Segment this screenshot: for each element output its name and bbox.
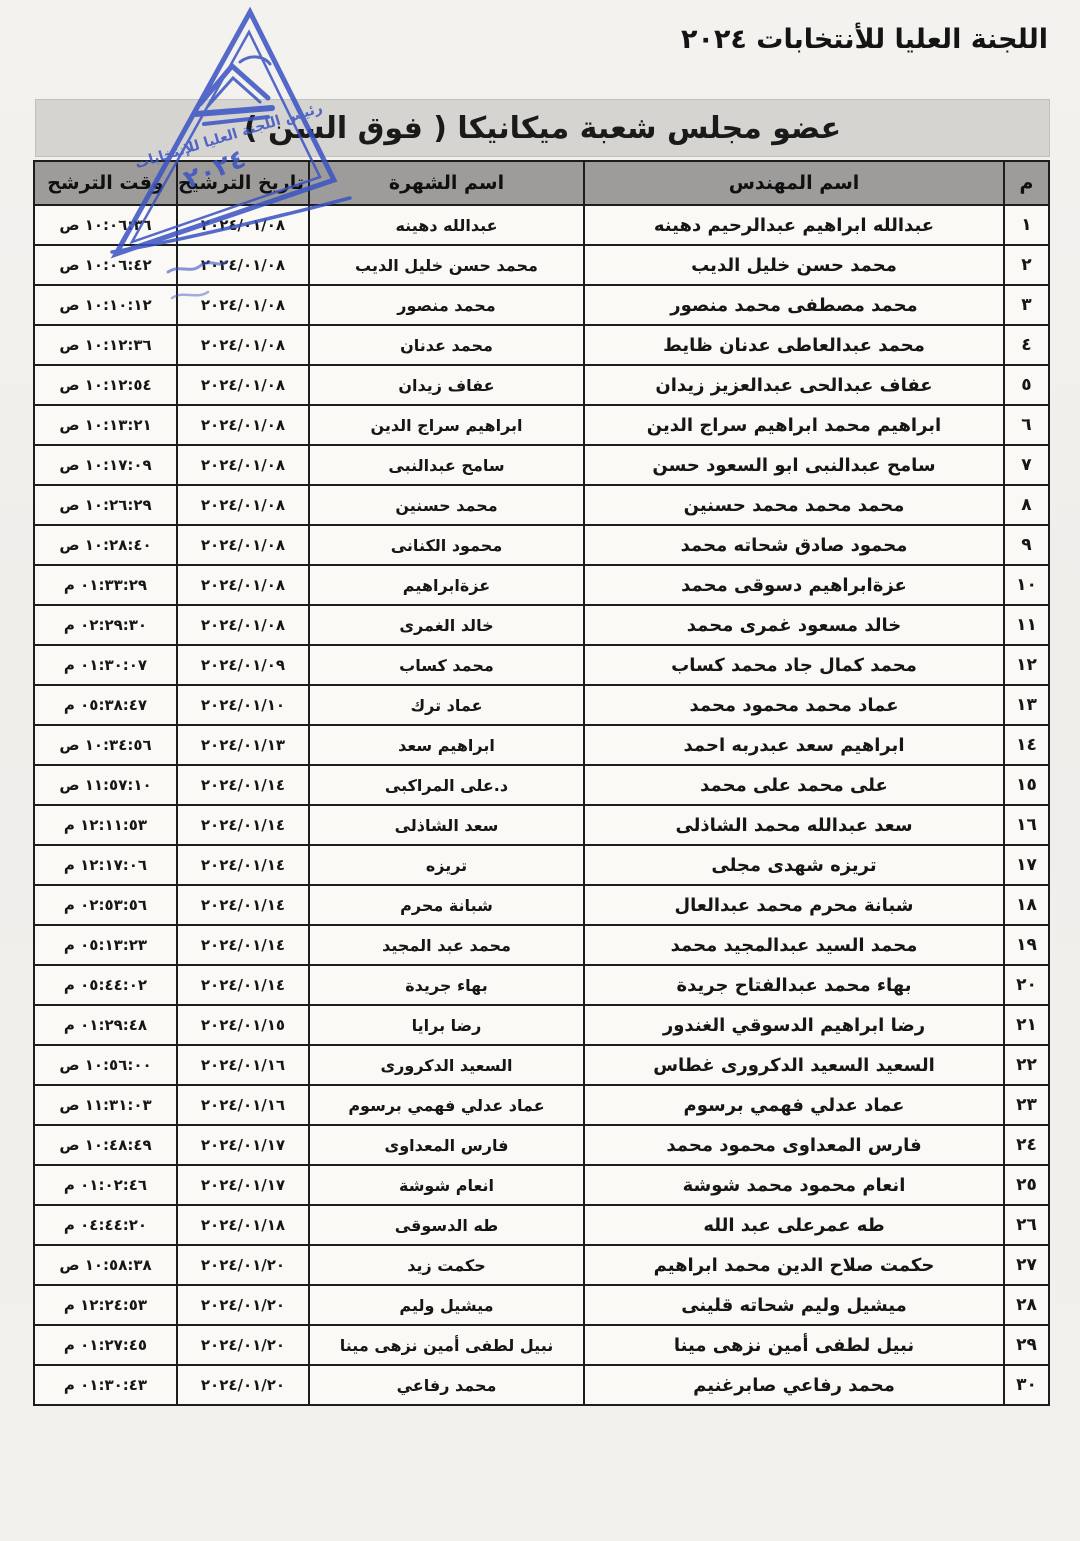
cell-alias-name: طه الدسوقى [309, 1205, 584, 1245]
cell-alias-name: سامح عبدالنبى [309, 445, 584, 485]
cell-engineer-name: ميشيل وليم شحاته قلينى [584, 1285, 1004, 1325]
table-row: ١٦ سعد عبدالله محمد الشاذلى سعد الشاذلى … [34, 805, 1049, 845]
cell-nomination-date: ٢٠٢٤/٠١/١٤ [177, 765, 309, 805]
table-body: ١ عبدالله ابراهيم عبدالرحيم دهينه عبدالل… [34, 205, 1049, 1405]
table-row: ١٧ تريزه شهدى مجلى تريزه ٢٠٢٤/٠١/١٤ ١٢:١… [34, 845, 1049, 885]
cell-engineer-name: محمد مصطفى محمد منصور [584, 285, 1004, 325]
cell-row-number: ٢٤ [1004, 1125, 1049, 1165]
cell-engineer-name: محمد رفاعي صابرغنيم [584, 1365, 1004, 1405]
cell-nomination-time: ٠٤:٤٤:٢٠ م [34, 1205, 177, 1245]
cell-nomination-time: ١٠:٣٤:٥٦ ص [34, 725, 177, 765]
cell-nomination-time: ٠٥:٣٨:٤٧ م [34, 685, 177, 725]
cell-row-number: ٢٠ [1004, 965, 1049, 1005]
cell-alias-name: السعيد الدكرورى [309, 1045, 584, 1085]
table-row: ٢٦ طه عمرعلى عبد الله طه الدسوقى ٢٠٢٤/٠١… [34, 1205, 1049, 1245]
cell-nomination-date: ٢٠٢٤/٠١/٢٠ [177, 1365, 309, 1405]
cell-engineer-name: عبدالله ابراهيم عبدالرحيم دهينه [584, 205, 1004, 245]
cell-nomination-date: ٢٠٢٤/٠١/٠٨ [177, 525, 309, 565]
cell-row-number: ٢٨ [1004, 1285, 1049, 1325]
cell-engineer-name: حكمت صلاح الدين محمد ابراهيم [584, 1245, 1004, 1285]
cell-row-number: ١٩ [1004, 925, 1049, 965]
cell-alias-name: عبدالله دهينه [309, 205, 584, 245]
cell-nomination-date: ٢٠٢٤/٠١/١٤ [177, 925, 309, 965]
candidates-table: م اسم المهندس اسم الشهرة تاريخ الترشيح و… [33, 160, 1050, 1406]
cell-nomination-time: ٠١:٢٧:٤٥ م [34, 1325, 177, 1365]
cell-row-number: ١٠ [1004, 565, 1049, 605]
cell-engineer-name: سامح عبدالنبى ابو السعود حسن [584, 445, 1004, 485]
cell-row-number: ٢٩ [1004, 1325, 1049, 1365]
header-num: م [1004, 161, 1049, 205]
cell-alias-name: خالد الغمرى [309, 605, 584, 645]
cell-nomination-time: ٠٢:٢٩:٣٠ م [34, 605, 177, 645]
table-row: ٩ محمود صادق شحاته محمد محمود الكنانى ٢٠… [34, 525, 1049, 565]
table-row: ٢٠ بهاء محمد عبدالفتاح جريدة بهاء جريدة … [34, 965, 1049, 1005]
cell-row-number: ٢٢ [1004, 1045, 1049, 1085]
cell-nomination-date: ٢٠٢٤/٠١/٠٨ [177, 485, 309, 525]
cell-nomination-time: ١٠:١٠:١٢ ص [34, 285, 177, 325]
table-row: ١٤ ابراهيم سعد عبدربه احمد ابراهيم سعد ٢… [34, 725, 1049, 765]
cell-engineer-name: ابراهيم سعد عبدربه احمد [584, 725, 1004, 765]
cell-alias-name: عماد ترك [309, 685, 584, 725]
table-row: ٧ سامح عبدالنبى ابو السعود حسن سامح عبدا… [34, 445, 1049, 485]
cell-nomination-time: ٠١:٣٠:٠٧ م [34, 645, 177, 685]
table-row: ٣٠ محمد رفاعي صابرغنيم محمد رفاعي ٢٠٢٤/٠… [34, 1365, 1049, 1405]
table-row: ٢٩ نبيل لطفى أمين نزهى مينا نبيل لطفى أم… [34, 1325, 1049, 1365]
cell-engineer-name: محمد السيد عبدالمجيد محمد [584, 925, 1004, 965]
cell-nomination-date: ٢٠٢٤/٠١/١٣ [177, 725, 309, 765]
table-row: ٤ محمد عبدالعاطى عدنان ظايط محمد عدنان ٢… [34, 325, 1049, 365]
cell-row-number: ٣ [1004, 285, 1049, 325]
cell-nomination-date: ٢٠٢٤/٠١/٢٠ [177, 1325, 309, 1365]
table-title: عضو مجلس شعبة ميكانيكا ( فوق السن ) [244, 111, 841, 146]
cell-alias-name: عماد عدلي فهمي برسوم [309, 1085, 584, 1125]
cell-alias-name: فارس المعداوى [309, 1125, 584, 1165]
cell-engineer-name: السعيد السعيد الدكرورى غطاس [584, 1045, 1004, 1085]
cell-alias-name: بهاء جريدة [309, 965, 584, 1005]
table-row: ٥ عفاف عبدالحى عبدالعزيز زيدان عفاف زيدا… [34, 365, 1049, 405]
cell-nomination-date: ٢٠٢٤/٠١/١٦ [177, 1085, 309, 1125]
cell-nomination-date: ٢٠٢٤/٠١/١٨ [177, 1205, 309, 1245]
cell-nomination-date: ٢٠٢٤/٠١/١٧ [177, 1165, 309, 1205]
cell-nomination-time: ١١:٥٧:١٠ ص [34, 765, 177, 805]
cell-nomination-date: ٢٠٢٤/٠١/٠٨ [177, 205, 309, 245]
cell-nomination-date: ٢٠٢٤/٠١/١٠ [177, 685, 309, 725]
cell-row-number: ١٥ [1004, 765, 1049, 805]
cell-nomination-time: ١٢:٢٤:٥٣ م [34, 1285, 177, 1325]
cell-nomination-date: ٢٠٢٤/٠١/١٤ [177, 885, 309, 925]
cell-row-number: ٧ [1004, 445, 1049, 485]
table-row: ٢٤ فارس المعداوى محمود محمد فارس المعداو… [34, 1125, 1049, 1165]
cell-nomination-time: ١٠:٥٨:٣٨ ص [34, 1245, 177, 1285]
cell-engineer-name: رضا ابراهيم الدسوقي الغندور [584, 1005, 1004, 1045]
cell-nomination-date: ٢٠٢٤/٠١/٠٨ [177, 245, 309, 285]
cell-nomination-time: ١١:٣١:٠٣ ص [34, 1085, 177, 1125]
cell-alias-name: تريزه [309, 845, 584, 885]
cell-engineer-name: انعام محمود محمد شوشة [584, 1165, 1004, 1205]
cell-engineer-name: ابراهيم محمد ابراهيم سراج الدين [584, 405, 1004, 445]
cell-engineer-name: فارس المعداوى محمود محمد [584, 1125, 1004, 1165]
cell-nomination-time: ١٢:١٧:٠٦ م [34, 845, 177, 885]
table-row: ١٨ شبانة محرم محمد عبدالعال شبانة محرم ٢… [34, 885, 1049, 925]
cell-row-number: ٤ [1004, 325, 1049, 365]
cell-row-number: ٦ [1004, 405, 1049, 445]
cell-alias-name: سعد الشاذلى [309, 805, 584, 845]
cell-alias-name: حكمت زيد [309, 1245, 584, 1285]
cell-alias-name: انعام شوشة [309, 1165, 584, 1205]
cell-row-number: ١٨ [1004, 885, 1049, 925]
cell-row-number: ٢٥ [1004, 1165, 1049, 1205]
cell-nomination-time: ١٠:١٣:٢١ ص [34, 405, 177, 445]
header-alias-name: اسم الشهرة [309, 161, 584, 205]
cell-row-number: ١٧ [1004, 845, 1049, 885]
cell-engineer-name: عماد محمد محمود محمد [584, 685, 1004, 725]
cell-alias-name: محمد حسنين [309, 485, 584, 525]
cell-nomination-time: ١٠:٢٨:٤٠ ص [34, 525, 177, 565]
cell-row-number: ١٤ [1004, 725, 1049, 765]
header-nomination-time: وقت الترشح [34, 161, 177, 205]
table-row: ٢١ رضا ابراهيم الدسوقي الغندور رضا برايا… [34, 1005, 1049, 1045]
cell-alias-name: رضا برايا [309, 1005, 584, 1045]
cell-nomination-time: ١٠:١٧:٠٩ ص [34, 445, 177, 485]
cell-nomination-date: ٢٠٢٤/٠١/٢٠ [177, 1245, 309, 1285]
cell-alias-name: محمد عبد المجيد [309, 925, 584, 965]
cell-nomination-date: ٢٠٢٤/٠١/٠٨ [177, 365, 309, 405]
committee-header-title: اللجنة العليا للأنتخابات ٢٠٢٤ [681, 24, 1048, 55]
table-row: ١٢ محمد كمال جاد محمد كساب محمد كساب ٢٠٢… [34, 645, 1049, 685]
cell-engineer-name: بهاء محمد عبدالفتاح جريدة [584, 965, 1004, 1005]
cell-nomination-time: ١٠:١٢:٣٦ ص [34, 325, 177, 365]
cell-row-number: ١ [1004, 205, 1049, 245]
cell-engineer-name: نبيل لطفى أمين نزهى مينا [584, 1325, 1004, 1365]
table-row: ٢٧ حكمت صلاح الدين محمد ابراهيم حكمت زيد… [34, 1245, 1049, 1285]
cell-engineer-name: على محمد على محمد [584, 765, 1004, 805]
table-title-bar: عضو مجلس شعبة ميكانيكا ( فوق السن ) [35, 99, 1050, 157]
cell-nomination-date: ٢٠٢٤/٠١/٠٨ [177, 605, 309, 645]
cell-engineer-name: عزةابراهيم دسوقى محمد [584, 565, 1004, 605]
cell-nomination-date: ٢٠٢٤/٠١/٠٩ [177, 645, 309, 685]
cell-alias-name: شبانة محرم [309, 885, 584, 925]
table-row: ١١ خالد مسعود غمرى محمد خالد الغمرى ٢٠٢٤… [34, 605, 1049, 645]
header-nomination-date: تاريخ الترشيح [177, 161, 309, 205]
cell-row-number: ٨ [1004, 485, 1049, 525]
cell-alias-name: عفاف زيدان [309, 365, 584, 405]
cell-alias-name: عزةابراهيم [309, 565, 584, 605]
cell-engineer-name: طه عمرعلى عبد الله [584, 1205, 1004, 1245]
table-row: ١٠ عزةابراهيم دسوقى محمد عزةابراهيم ٢٠٢٤… [34, 565, 1049, 605]
cell-nomination-time: ٠٢:٥٣:٥٦ م [34, 885, 177, 925]
cell-alias-name: محمد رفاعي [309, 1365, 584, 1405]
table-header-row: م اسم المهندس اسم الشهرة تاريخ الترشيح و… [34, 161, 1049, 205]
cell-nomination-date: ٢٠٢٤/٠١/٠٨ [177, 325, 309, 365]
cell-row-number: ٣٠ [1004, 1365, 1049, 1405]
table-row: ٢ محمد حسن خليل الديب محمد حسن خليل الدي… [34, 245, 1049, 285]
cell-nomination-date: ٢٠٢٤/٠١/١٤ [177, 965, 309, 1005]
cell-engineer-name: تريزه شهدى مجلى [584, 845, 1004, 885]
cell-alias-name: محمد كساب [309, 645, 584, 685]
cell-row-number: ٢ [1004, 245, 1049, 285]
cell-nomination-date: ٢٠٢٤/٠١/١٤ [177, 845, 309, 885]
cell-row-number: ١١ [1004, 605, 1049, 645]
cell-nomination-time: ٠١:٢٩:٤٨ م [34, 1005, 177, 1045]
cell-row-number: ٩ [1004, 525, 1049, 565]
cell-engineer-name: محمد كمال جاد محمد كساب [584, 645, 1004, 685]
cell-engineer-name: محمد عبدالعاطى عدنان ظايط [584, 325, 1004, 365]
cell-row-number: ١٦ [1004, 805, 1049, 845]
cell-nomination-date: ٢٠٢٤/٠١/٠٨ [177, 285, 309, 325]
cell-row-number: ١٣ [1004, 685, 1049, 725]
cell-engineer-name: خالد مسعود غمرى محمد [584, 605, 1004, 645]
cell-nomination-date: ٢٠٢٤/٠١/١٥ [177, 1005, 309, 1045]
cell-nomination-date: ٢٠٢٤/٠١/٠٨ [177, 565, 309, 605]
cell-alias-name: د.على المراكبى [309, 765, 584, 805]
cell-alias-name: نبيل لطفى أمين نزهى مينا [309, 1325, 584, 1365]
table-row: ١٥ على محمد على محمد د.على المراكبى ٢٠٢٤… [34, 765, 1049, 805]
cell-nomination-time: ١٠:٠٦:٤٢ ص [34, 245, 177, 285]
cell-nomination-time: ٠١:٣٠:٤٣ م [34, 1365, 177, 1405]
cell-alias-name: ميشيل وليم [309, 1285, 584, 1325]
cell-engineer-name: شبانة محرم محمد عبدالعال [584, 885, 1004, 925]
cell-nomination-date: ٢٠٢٤/٠١/١٧ [177, 1125, 309, 1165]
table-row: ٦ ابراهيم محمد ابراهيم سراج الدين ابراهي… [34, 405, 1049, 445]
cell-row-number: ٢٣ [1004, 1085, 1049, 1125]
cell-engineer-name: محمد حسن خليل الديب [584, 245, 1004, 285]
cell-engineer-name: محمود صادق شحاته محمد [584, 525, 1004, 565]
table-row: ٢٥ انعام محمود محمد شوشة انعام شوشة ٢٠٢٤… [34, 1165, 1049, 1205]
cell-engineer-name: محمد محمد محمد حسنين [584, 485, 1004, 525]
cell-row-number: ١٢ [1004, 645, 1049, 685]
cell-nomination-time: ١٠:٥٦:٠٠ ص [34, 1045, 177, 1085]
cell-nomination-time: ٠١:٠٢:٤٦ م [34, 1165, 177, 1205]
cell-nomination-time: ١٠:٢٦:٢٩ ص [34, 485, 177, 525]
header-engineer-name: اسم المهندس [584, 161, 1004, 205]
cell-nomination-time: ١٠:٤٨:٤٩ ص [34, 1125, 177, 1165]
cell-alias-name: محمد منصور [309, 285, 584, 325]
cell-row-number: ٢٦ [1004, 1205, 1049, 1245]
cell-row-number: ٥ [1004, 365, 1049, 405]
cell-alias-name: محمد حسن خليل الديب [309, 245, 584, 285]
cell-nomination-date: ٢٠٢٤/٠١/٠٨ [177, 405, 309, 445]
table-row: ٢٨ ميشيل وليم شحاته قلينى ميشيل وليم ٢٠٢… [34, 1285, 1049, 1325]
cell-alias-name: ابراهيم سراج الدين [309, 405, 584, 445]
table-row: ٢٣ عماد عدلي فهمي برسوم عماد عدلي فهمي ب… [34, 1085, 1049, 1125]
cell-nomination-date: ٢٠٢٤/٠١/١٤ [177, 805, 309, 845]
cell-nomination-date: ٢٠٢٤/٠١/١٦ [177, 1045, 309, 1085]
cell-nomination-date: ٢٠٢٤/٠١/٠٨ [177, 445, 309, 485]
cell-alias-name: محمود الكنانى [309, 525, 584, 565]
cell-nomination-time: ١٠:١٢:٥٤ ص [34, 365, 177, 405]
table-row: ٨ محمد محمد محمد حسنين محمد حسنين ٢٠٢٤/٠… [34, 485, 1049, 525]
cell-row-number: ٢١ [1004, 1005, 1049, 1045]
cell-nomination-time: ١٠:٠٦:٣٦ ص [34, 205, 177, 245]
table-row: ١ عبدالله ابراهيم عبدالرحيم دهينه عبدالل… [34, 205, 1049, 245]
table-row: ١٩ محمد السيد عبدالمجيد محمد محمد عبد ال… [34, 925, 1049, 965]
cell-engineer-name: عفاف عبدالحى عبدالعزيز زيدان [584, 365, 1004, 405]
table-row: ١٣ عماد محمد محمود محمد عماد ترك ٢٠٢٤/٠١… [34, 685, 1049, 725]
cell-nomination-date: ٢٠٢٤/٠١/٢٠ [177, 1285, 309, 1325]
cell-engineer-name: عماد عدلي فهمي برسوم [584, 1085, 1004, 1125]
cell-alias-name: محمد عدنان [309, 325, 584, 365]
cell-nomination-time: ٠١:٣٣:٢٩ م [34, 565, 177, 605]
cell-nomination-time: ٠٥:٤٤:٠٢ م [34, 965, 177, 1005]
cell-alias-name: ابراهيم سعد [309, 725, 584, 765]
cell-nomination-time: ١٢:١١:٥٣ م [34, 805, 177, 845]
cell-row-number: ٢٧ [1004, 1245, 1049, 1285]
cell-nomination-time: ٠٥:١٣:٢٣ م [34, 925, 177, 965]
table-row: ٢٢ السعيد السعيد الدكرورى غطاس السعيد ال… [34, 1045, 1049, 1085]
cell-engineer-name: سعد عبدالله محمد الشاذلى [584, 805, 1004, 845]
table-row: ٣ محمد مصطفى محمد منصور محمد منصور ٢٠٢٤/… [34, 285, 1049, 325]
